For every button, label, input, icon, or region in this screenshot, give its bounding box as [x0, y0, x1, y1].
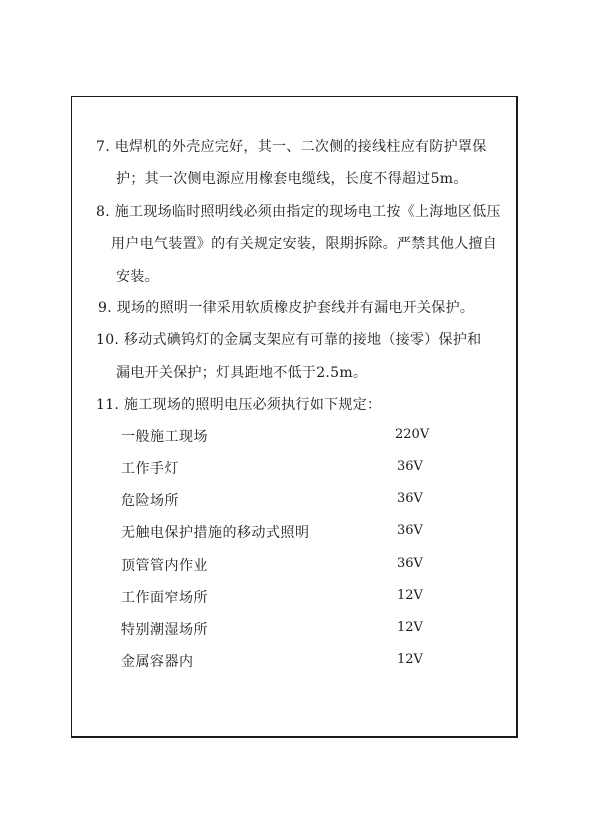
voltage-row-label: 顶管管内作业 — [121, 555, 208, 575]
item-10-line-2: 漏电开关保护；灯具距地不低于2.5m。 — [116, 362, 367, 382]
voltage-row-value: 36V — [397, 459, 423, 474]
item-8-line-2: 用户电气装置》的有关规定安装，限期拆除。严禁其他人擅自 — [111, 233, 497, 253]
voltage-row-label: 危险场所 — [121, 490, 179, 510]
voltage-row-label: 特别潮湿场所 — [121, 619, 208, 639]
document-frame — [71, 96, 518, 738]
voltage-row-label: 工作面窄场所 — [121, 587, 208, 607]
voltage-row-value: 12V — [397, 620, 423, 635]
voltage-row-label: 无触电保护措施的移动式照明 — [121, 522, 310, 542]
voltage-row-value: 12V — [397, 588, 423, 603]
item-9-line-1: 9. 现场的照明一律采用软质橡皮护套线并有漏电开关保护。 — [98, 297, 474, 317]
voltage-row-label: 金属容器内 — [121, 651, 194, 671]
voltage-row-label: 一般施工现场 — [121, 426, 208, 446]
item-10-line-1: 10. 移动式碘钨灯的金属支架应有可靠的接地（接零）保护和 — [96, 329, 481, 349]
voltage-row-value: 220V — [395, 427, 429, 442]
item-7-line-2: 护；其一次侧电源应用橡套电缆线，长度不得超过5m。 — [116, 168, 468, 188]
voltage-row-value: 36V — [397, 523, 423, 538]
item-8-line-1: 8. 施工现场临时照明线必须由指定的现场电工按《上海地区低压 — [96, 201, 501, 221]
item-8-line-3: 安装。 — [116, 266, 159, 286]
voltage-row-label: 工作手灯 — [121, 458, 179, 478]
voltage-row-value: 12V — [397, 652, 423, 667]
item-11-line-1: 11. 施工现场的照明电压必须执行如下规定： — [96, 394, 381, 414]
voltage-row-value: 36V — [397, 556, 423, 571]
voltage-row-value: 36V — [397, 491, 423, 506]
item-7-line-1: 7. 电焊机的外壳应完好，其一、二次侧的接线柱应有防护罩保 — [96, 136, 487, 156]
